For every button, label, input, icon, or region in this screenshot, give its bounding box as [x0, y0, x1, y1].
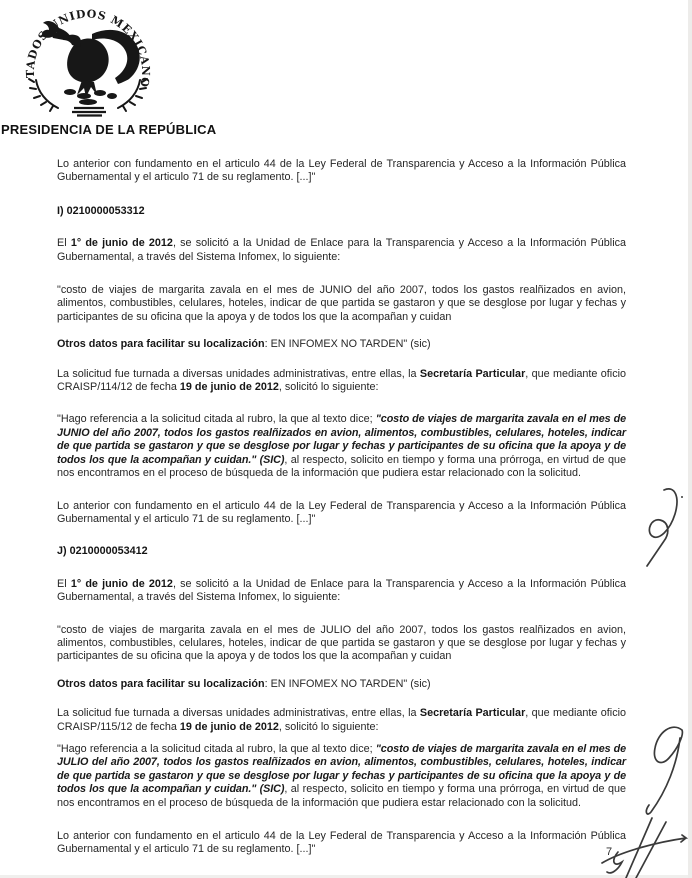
response-quote: "Hago referencia a la solicitud citada a…	[57, 413, 626, 480]
request-quote: "costo de viajes de margarita zavala en …	[57, 284, 626, 324]
request-pre: El	[57, 237, 71, 249]
mexico-coat-of-arms: ESTADOS UNIDOS MEXICANOS	[22, 2, 154, 118]
section-heading-j: J) 0210000053412	[57, 545, 626, 558]
assignment-pre: La solicitud fue turnada a diversas unid…	[57, 368, 420, 380]
assignment-paragraph: La solicitud fue turnada a diversas unid…	[57, 368, 626, 395]
response-pre: "Hago referencia a la solicitud citada a…	[57, 743, 376, 755]
request-quote: "costo de viajes de margarita zavala en …	[57, 624, 626, 664]
request-quote-text: "costo de viajes de margarita zavala en …	[57, 284, 626, 323]
cactus-base	[64, 89, 117, 105]
closing-quote: Lo anterior con fundamento en el articul…	[57, 830, 626, 857]
other-data-line: Otros datos para facilitar su localizaci…	[57, 338, 626, 351]
response-quote: "Hago referencia a la solicitud citada a…	[57, 743, 626, 810]
request-paragraph: El 1° de junio de 2012, se solicitó a la…	[57, 237, 626, 264]
other-data-label: Otros datos para facilitar su localizaci…	[57, 678, 265, 690]
assignment-unit: Secretaría Particular	[420, 707, 525, 719]
ribbon	[72, 108, 106, 116]
handwritten-g-mark	[640, 722, 692, 818]
legal-basis-text: Lo anterior con fundamento en el articul…	[57, 158, 626, 183]
page-number: 7	[606, 846, 612, 858]
assignment-date: 19 de junio de 2012	[180, 381, 279, 393]
closing-quote-text: Lo anterior con fundamento en el articul…	[57, 500, 626, 525]
request-quote-text: "costo de viajes de margarita zavala en …	[57, 624, 626, 663]
assignment-date: 19 de junio de 2012	[180, 721, 279, 733]
other-data-label: Otros datos para facilitar su localizaci…	[57, 338, 265, 350]
closing-quote: Lo anterior con fundamento en el articul…	[57, 500, 626, 527]
letterhead-title: PRESIDENCIA DE LA REPÚBLICA	[1, 122, 216, 137]
request-date: 1° de junio de 2012	[71, 237, 173, 249]
assignment-paragraph: La solicitud fue turnada a diversas unid…	[57, 707, 626, 734]
handwritten-loop-mark	[633, 484, 685, 572]
request-paragraph: El 1° de junio de 2012, se solicitó a la…	[57, 578, 626, 605]
assignment-pre: La solicitud fue turnada a diversas unid…	[57, 707, 420, 719]
other-data-value: : EN INFOMEX NO TARDEN" (sic)	[265, 338, 431, 350]
document-body: Lo anterior con fundamento en el articul…	[57, 158, 626, 857]
other-data-value: : EN INFOMEX NO TARDEN" (sic)	[265, 678, 431, 690]
request-pre: El	[57, 578, 71, 590]
response-pre: "Hago referencia a la solicitud citada a…	[57, 413, 376, 425]
closing-quote-text: Lo anterior con fundamento en el articul…	[57, 830, 626, 855]
request-date: 1° de junio de 2012	[71, 578, 173, 590]
assignment-post: , solicitó lo siguiente:	[279, 721, 379, 733]
legal-basis-paragraph: Lo anterior con fundamento en el articul…	[57, 158, 626, 185]
other-data-line: Otros datos para facilitar su localizaci…	[57, 678, 626, 691]
section-heading-i: I) 0210000053312	[57, 205, 626, 218]
assignment-post: , solicitó lo siguiente:	[279, 381, 379, 393]
assignment-unit: Secretaría Particular	[420, 368, 525, 380]
document-page: ESTADOS UNIDOS MEXICANOS	[0, 0, 692, 878]
